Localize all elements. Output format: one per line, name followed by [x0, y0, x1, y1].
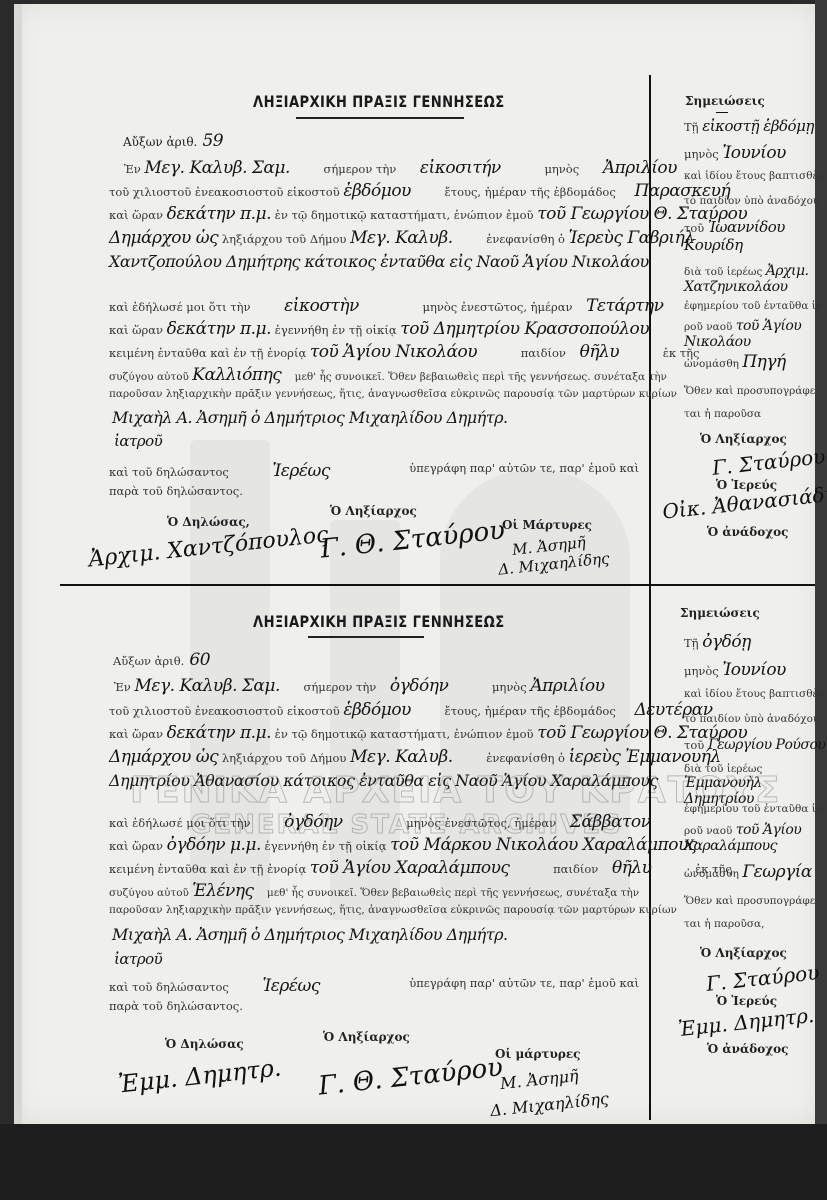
print-text: τοῦ: [684, 221, 704, 235]
handwritten-month: Ἰουνίου: [722, 660, 786, 680]
line-14: παρὰ τοῦ δηλώσαντος.: [109, 484, 243, 498]
notes-godparent-label: Ὁ ἀνάδοχος: [707, 525, 788, 539]
print-text: καὶ ὥραν: [109, 323, 163, 337]
handwritten-place: Μεγ. Καλυβ. Σαμ.: [144, 158, 289, 178]
line-7: καὶ ὥραν δεκάτην π.μ. ἐγεννήθη ἐν τῇ οἰκ…: [109, 319, 649, 339]
handwritten-text: Δημάρχου ὡς: [109, 747, 218, 767]
print-text: καὶ ὥραν: [109, 727, 163, 741]
handwritten-sex: θῆλυ: [612, 858, 652, 878]
handwritten-day: εἰκοστὴν: [284, 296, 359, 316]
print-text: μηνὸς: [544, 162, 579, 176]
record-title: ΛΗΞΙΑΡΧΙΚΗ ΠΡΑΞΙΣ ΓΕΝΝΗΣΕΩΣ: [253, 92, 505, 111]
print-text: ληξιάρχου τοῦ Δήμου: [222, 751, 347, 765]
witnesses-label: Οἱ μάρτυρες: [495, 1047, 580, 1061]
binding-edge: [14, 4, 22, 1124]
handwritten-declarant-title: Ἱερέως: [273, 461, 330, 481]
notes-month: μηνὸς Ἰουνίου: [684, 143, 786, 163]
print-text: τοῦ χιλιοστοῦ ἐνεακοσιοστοῦ εἰκοστοῦ: [109, 704, 340, 718]
handwritten-wife: Καλλιόπης: [192, 365, 281, 385]
handwritten-municipality: Μεγ. Καλυβ.: [350, 747, 453, 767]
print-text: τοῦ: [684, 738, 704, 752]
handwritten-house: τοῦ Δημητρίου Κρασσοπούλου: [400, 319, 649, 339]
line-4: Δημάρχου ὡς ληξιάρχου τοῦ Δήμου Μεγ. Καλ…: [109, 747, 721, 767]
serial-value: 60: [189, 650, 210, 670]
notes-godparent: τοῦ Ἰωαννίδου Κουρίδη: [684, 218, 814, 254]
print-text: ἐν τῷ δημοτικῷ καταστήματι, ἐνώπιον ἐμοῦ: [275, 208, 534, 222]
print-text: καὶ ὥραν: [109, 839, 163, 853]
handwritten-day: εἰκοστῇ ἑβδόμῃ: [702, 117, 814, 135]
notes-line-10: Ὅθεν καὶ προσυπογράφε-: [684, 385, 819, 397]
handwritten-day: εἰκοσιτήν: [420, 158, 501, 178]
registrar-label: Ὁ Ληξίαρχος: [323, 1030, 410, 1044]
notes-line-11: ται ἡ παροῦσα,: [684, 918, 764, 930]
line-7: καὶ ὥραν ὀγδόην μ.μ. ἐγεννήθη ἐν τῇ οἰκί…: [109, 835, 697, 855]
notes-registrar-label: Ὁ Ληξίαρχος: [700, 432, 787, 446]
line-9: συζύγου αὐτοῦ Ἑλένης μεθ' ἧς συνοικεῖ. Ὅ…: [109, 881, 639, 901]
print-text: ροῦ ναοῦ: [684, 825, 732, 837]
print-text: κειμένη ἐνταῦθα καὶ ἐν τῇ ἐνορίᾳ: [109, 862, 306, 876]
notes-godparent-label: Ὁ ἀνάδοχος: [707, 1042, 788, 1056]
notes-priest: διὰ τοῦ ἱερέως Ἐμμανουὴλ Δημητρίου: [684, 763, 819, 807]
print-text: ἐνεφανίσθη ὁ: [486, 751, 565, 765]
print-text: Ἐν: [114, 680, 131, 694]
handwritten-declarant: Ἱερεὺς Γαβριήλ: [569, 228, 695, 248]
print-text: ἐγεννήθη ἐν τῇ οἰκίᾳ: [265, 839, 387, 853]
declarant-label: Ὁ Δηλώσας: [165, 1037, 244, 1051]
handwritten-child-name: Πηγή: [742, 352, 785, 372]
line-14: παρὰ τοῦ δηλώσαντος.: [109, 999, 243, 1013]
print-text: Τῇ: [684, 636, 699, 650]
print-text: συζύγου αὐτοῦ: [109, 887, 189, 899]
handwritten-hour: δεκάτην π.μ.: [167, 319, 271, 339]
handwritten-parish: τοῦ Ἁγίου Νικολάου: [310, 342, 477, 362]
print-text: Ἐν: [124, 162, 141, 176]
print-text: ἐν τῷ δημοτικῷ καταστήματι, ἐνώπιον ἐμοῦ: [275, 727, 534, 741]
witnesses-label: Οἱ Μάρτυρες: [502, 518, 592, 532]
handwritten-day: ὀγδόην: [390, 676, 448, 696]
handwritten-weekday: Τετάρτην: [586, 296, 663, 316]
handwritten-municipality: Μεγ. Καλυβ.: [350, 228, 453, 248]
declarant-label: Ὁ Δηλώσας,: [167, 515, 250, 529]
handwritten-house: τοῦ Μάρκου Νικολάου Χαραλάμπους: [390, 835, 697, 855]
line-4: Δημάρχου ὡς ληξιάρχου τοῦ Δήμου Μεγ. Καλ…: [109, 228, 695, 248]
print-text: ὠνομάσθη: [684, 358, 739, 370]
handwritten-witnesses: Μιχαὴλ Α. Ἀσημῆ ὁ Δημήτριος Μιχαηλίδου Δ…: [112, 408, 508, 427]
print-text: καὶ ἐδήλωσέ μοι ὅτι τὴν: [109, 300, 251, 314]
title-underline: [296, 117, 464, 119]
print-text: ὑπεγράφη παρ' αὐτῶν τε, παρ' ἐμοῦ καὶ: [409, 461, 639, 475]
print-text: ληξιάρχου τοῦ Δήμου: [222, 232, 347, 246]
handwritten-year: ἑβδόμου: [343, 700, 411, 720]
line-8: κειμένη ἐνταῦθα καὶ ἐν τῇ ἐνορίᾳ τοῦ Ἁγί…: [109, 858, 732, 878]
serial-label: Αὔξων ἀριθ.: [113, 654, 184, 668]
notes-month: μηνὸς Ἰουνίου: [684, 660, 786, 680]
handwritten-line-5: Δημητρίου Ἀθανασίου κάτοικος ἐνταῦθα εἰς…: [109, 771, 658, 790]
print-text: ἐγεννήθη ἐν τῇ οἰκίᾳ: [275, 323, 397, 337]
print-text: σήμερον τὴν: [304, 680, 377, 694]
notes-line-7: ἐφημερίου τοῦ ἐνταῦθα ἱε-: [684, 300, 825, 312]
notes-line-4: τὸ παιδίον ὑπὸ ἀναδόχου: [684, 195, 819, 207]
print-text: διὰ τοῦ ἱερέως: [684, 266, 762, 278]
print-text: διὰ τοῦ ἱερέως: [684, 763, 762, 775]
line-6: καὶ ἐδήλωσέ μοι ὅτι τὴν εἰκοστὴν μηνὸς ἐ…: [109, 296, 663, 316]
print-text: παιδίον: [553, 862, 598, 876]
print-text: σήμερον τὴν: [324, 162, 397, 176]
print-text: μηνὸς ἐνεστῶτος, ἡμέραν: [423, 300, 573, 314]
notes-church: ροῦ ναοῦ τοῦ Ἁγίου Χαραλάμπους: [684, 822, 819, 854]
notes-heading: Σημειώσεις: [680, 606, 760, 620]
line-10: παροῦσαν ληξιαρχικὴν πρᾶξιν γεννήσεως, ἥ…: [109, 388, 677, 400]
handwritten-month: Ἀπριλίου: [603, 158, 677, 178]
handwritten-day: ὀγδόην: [284, 812, 342, 832]
notes-line-4: τὸ παιδίον ὑπὸ ἀναδόχου: [684, 713, 819, 725]
handwritten-month: Ἰουνίου: [722, 143, 786, 163]
line-1: Ἐν Μεγ. Καλυβ. Σαμ. σήμερον τὴν εἰκοσιτή…: [124, 158, 677, 178]
line-13: καὶ τοῦ δηλώσαντος Ἱερέως ὑπεγράφη παρ' …: [109, 461, 639, 481]
print-text: καὶ ὥραν: [109, 208, 163, 222]
print-text: καὶ τοῦ δηλώσαντος: [109, 465, 229, 479]
notes-heading: Σημειώσεις: [685, 94, 765, 108]
handwritten-hour: ὀγδόην μ.μ.: [167, 835, 261, 855]
handwritten-text: Δημάρχου ὡς: [109, 228, 218, 248]
notes-priest: διὰ τοῦ ἱερέως Ἀρχιμ. Χατζηνικολάου: [684, 263, 819, 295]
handwritten-parish: τοῦ Ἁγίου Χαραλάμπους: [310, 858, 510, 878]
line-8: κειμένη ἐνταῦθα καὶ ἐν τῇ ἐνορίᾳ τοῦ Ἁγί…: [109, 342, 699, 362]
print-text: καὶ τοῦ δηλώσαντος: [109, 980, 229, 994]
notes-registrar-label: Ὁ Ληξίαρχος: [700, 946, 787, 960]
line-9: συζύγου αὐτοῦ Καλλιόπης μεθ' ἧς συνοικεῖ…: [109, 365, 667, 385]
print-text: μεθ' ἧς συνοικεῖ. Ὅθεν βεβαιωθεὶς περὶ τ…: [267, 887, 639, 899]
handwritten-sex: θῆλυ: [580, 342, 620, 362]
registrar-label: Ὁ Ληξίαρχος: [330, 504, 417, 518]
serial-value: 59: [202, 131, 223, 151]
print-text: τοῦ χιλιοστοῦ ἐνεακοσιοστοῦ εἰκοστοῦ: [109, 185, 340, 199]
line-13: καὶ τοῦ δηλώσαντος Ἱερέως ὑπεγράφη παρ' …: [109, 976, 639, 996]
handwritten-day: ὀγδόῃ: [702, 632, 751, 652]
handwritten-month: Ἀπριλίου: [530, 676, 604, 696]
serial-label: Αὔξων ἀριθ.: [123, 135, 197, 149]
handwritten-year: ἑβδόμου: [343, 181, 411, 201]
handwritten-place: Μεγ. Καλυβ. Σαμ.: [134, 676, 279, 696]
notes-line-7: ἐφημερίου τοῦ ἐνταῦθα ἱε-: [684, 803, 825, 815]
notes-name: ὠνομάσθη Πηγή: [684, 352, 786, 372]
notes-godparent: τοῦ Γεωργίου Ρούσου: [684, 737, 825, 753]
notes-church: ροῦ ναοῦ τοῦ Ἁγίου Νικολάου: [684, 318, 819, 350]
print-text: Τῇ: [684, 120, 699, 134]
title-underline: [308, 636, 424, 638]
handwritten-declarant-title: Ἱερέως: [263, 976, 320, 996]
handwritten-line-5: Χαντζοπούλου Δημήτρης κάτοικος ἐνταῦθα ε…: [109, 252, 649, 271]
record-title: ΛΗΞΙΑΡΧΙΚΗ ΠΡΑΞΙΣ ΓΕΝΝΗΣΕΩΣ: [253, 612, 505, 631]
handwritten-hour: δεκάτην π.μ.: [167, 723, 271, 743]
line-1: Ἐν Μεγ. Καλυβ. Σαμ. σήμερον τὴν ὀγδόην μ…: [114, 676, 604, 696]
notes-line-3: καὶ ἰδίου ἔτους βαπτισθὲν: [684, 688, 825, 700]
print-text: ἐνεφανίσθη ὁ: [486, 232, 565, 246]
print-text: κειμένη ἐνταῦθα καὶ ἐν τῇ ἐνορίᾳ: [109, 346, 306, 360]
print-text: ροῦ ναοῦ: [684, 321, 732, 333]
line-10: παροῦσαν ληξιαρχικὴν πρᾶξιν γεννήσεως, ἥ…: [109, 904, 677, 916]
record-divider: [60, 584, 820, 586]
serial-number: Αὔξων ἀριθ. 60: [113, 650, 210, 670]
print-text: μηνὸς: [492, 680, 527, 694]
handwritten-godparent: Γεωργίου Ρούσου: [708, 737, 825, 753]
handwritten-wife: Ἑλένης: [192, 881, 253, 901]
line-3: καὶ ὥραν δεκάτην π.μ. ἐν τῷ δημοτικῷ κατ…: [109, 204, 747, 224]
heading-rule: [716, 112, 728, 113]
print-text: ἔτους, ἡμέραν τῆς ἑβδομάδος: [445, 704, 616, 718]
notes-day: Τῇ εἰκοστῇ ἑβδόμῃ: [684, 117, 814, 135]
scan-background: [0, 1124, 827, 1200]
handwritten-child-name: Γεωργία: [742, 862, 812, 882]
handwritten-hour: δεκάτην π.μ.: [167, 204, 271, 224]
serial-number: Αὔξων ἀριθ. 59: [123, 131, 223, 151]
notes-priest-label: Ὁ Ἱερεύς: [716, 994, 777, 1008]
print-text: ὠνομάσθη: [684, 868, 739, 880]
handwritten-witnesses: Μιχαὴλ Α. Ἀσημῆ ὁ Δημήτριος Μιχαηλίδου Δ…: [112, 925, 508, 944]
notes-day: Τῇ ὀγδόῃ: [684, 632, 751, 652]
notes-line-3: καὶ ἰδίου ἔτους βαπτισθὲν: [684, 170, 825, 182]
print-text: μηνὸς: [684, 147, 719, 161]
print-text: συζύγου αὐτοῦ: [109, 371, 189, 383]
notes-line-11: ται ἡ παροῦσα: [684, 408, 761, 420]
line-2: τοῦ χιλιοστοῦ ἐνεακοσιοστοῦ εἰκοστοῦ ἑβδ…: [109, 181, 730, 201]
line-3: καὶ ὥραν δεκάτην π.μ. ἐν τῷ δημοτικῷ κατ…: [109, 723, 747, 743]
handwritten-weekday: Σάββατον: [570, 812, 651, 832]
notes-name: ὠνομάσθη Γεωργία: [684, 862, 812, 882]
print-text: μηνὸς ἐνεστῶτος, ἡμέραν: [406, 816, 556, 830]
print-text: μεθ' ἧς συνοικεῖ. Ὅθεν βεβαιωθεὶς περὶ τ…: [295, 371, 667, 383]
print-text: παιδίον: [521, 346, 566, 360]
print-text: μηνὸς: [684, 664, 719, 678]
print-text: ἔτους, ἡμέραν τῆς ἑβδομάδος: [445, 185, 616, 199]
line-2: τοῦ χιλιοστοῦ ἐνεακοσιοστοῦ εἰκοστοῦ ἑβδ…: [109, 700, 713, 720]
print-text: καὶ ἐδήλωσέ μοι ὅτι τὴν: [109, 816, 251, 830]
print-text: ὑπεγράφη παρ' αὐτῶν τε, παρ' ἐμοῦ καὶ: [409, 976, 639, 990]
handwritten-occupation: ἰατροῦ: [114, 950, 162, 968]
handwritten-occupation: ἰατροῦ: [114, 432, 162, 450]
notes-line-10: Ὅθεν καὶ προσυπογράφε-: [684, 895, 819, 907]
line-6: καὶ ἐδήλωσέ μοι ὅτι τὴν ὀγδόην μηνὸς ἐνε…: [109, 812, 650, 832]
page-edge: [815, 0, 827, 1124]
